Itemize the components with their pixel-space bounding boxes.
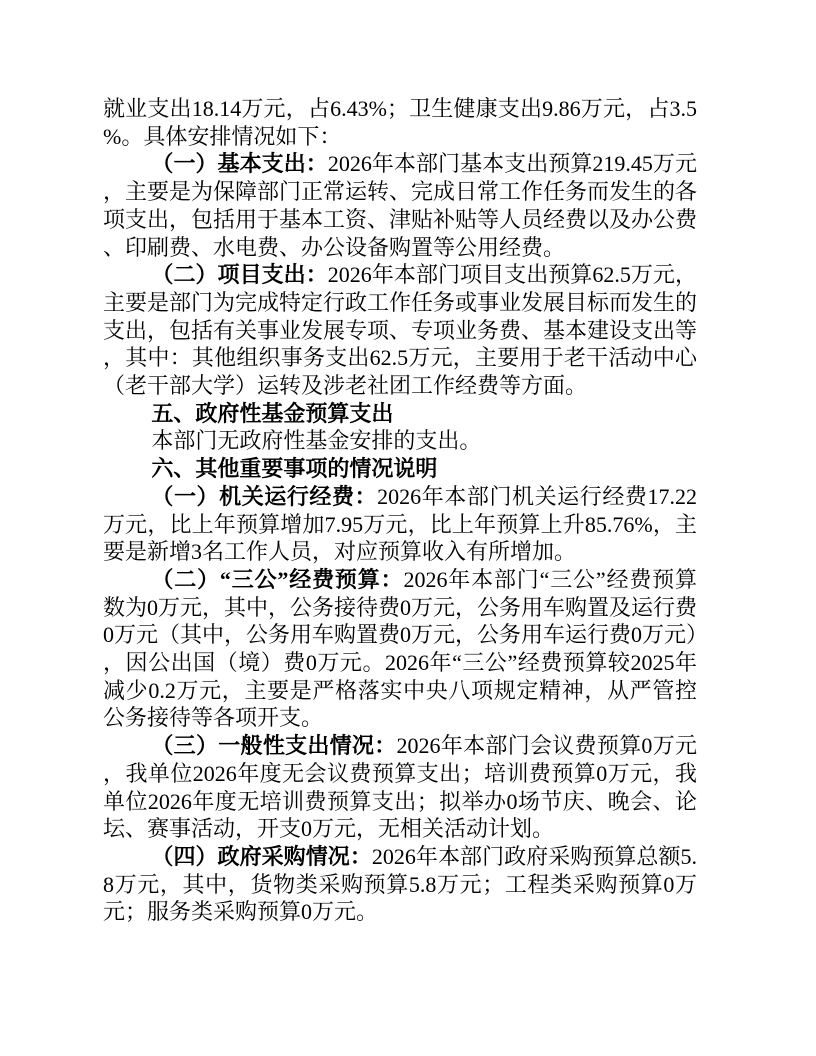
- document-body: 就业支出18.14万元，占6.43%；卫生健康支出9.86万元，占3.5%。具体…: [103, 95, 697, 926]
- continuation-expenditure-summary: 就业支出18.14万元，占6.43%；卫生健康支出9.86万元，占3.5%。具体…: [103, 95, 697, 150]
- paragraph-text: 就业支出18.14万元，占6.43%；卫生健康支出9.86万元，占3.5%。具体…: [103, 96, 697, 149]
- paragraph-lead: 六、其他重要事项的情况说明: [151, 456, 437, 481]
- agency-operating-expenses: （一）机关运行经费：2026年本部门机关运行经费17.22万元，比上年预算增加7…: [103, 483, 697, 566]
- project-expenditure: （二）项目支出：2026年本部门项目支出预算62.5万元，主要是部门为完成特定行…: [103, 261, 697, 400]
- section-5-body: 本部门无政府性基金安排的支出。: [103, 427, 697, 455]
- paragraph-lead: （四）政府采购情况：: [151, 844, 371, 869]
- general-expenditure-situation: （三）一般性支出情况：2026年本部门会议费预算0万元，我单位2026年度无会议…: [103, 732, 697, 843]
- section-6-heading: 六、其他重要事项的情况说明: [103, 455, 697, 483]
- paragraph-lead: （一）机关运行经费：: [151, 484, 377, 509]
- paragraph-lead: （二）项目支出：: [151, 262, 327, 287]
- paragraph-lead: （三）一般性支出情况：: [151, 733, 396, 758]
- paragraph-text: 本部门无政府性基金安排的支出。: [151, 428, 481, 453]
- section-5-heading: 五、政府性基金预算支出: [103, 400, 697, 428]
- government-procurement-situation: （四）政府采购情况：2026年本部门政府采购预算总额5.8万元，其中，货物类采购…: [103, 843, 697, 926]
- document-page: 就业支出18.14万元，占6.43%；卫生健康支出9.86万元，占3.5%。具体…: [0, 0, 816, 1056]
- paragraph-lead: （一）基本支出：: [151, 151, 327, 176]
- three-public-expenses-budget: （二）“三公”经费预算：2026年本部门“三公”经费预算数为0万元，其中，公务接…: [103, 566, 697, 732]
- basic-expenditure: （一）基本支出：2026年本部门基本支出预算219.45万元，主要是为保障部门正…: [103, 150, 697, 261]
- paragraph-lead: （二）“三公”经费预算：: [151, 567, 403, 592]
- paragraph-lead: 五、政府性基金预算支出: [151, 401, 393, 426]
